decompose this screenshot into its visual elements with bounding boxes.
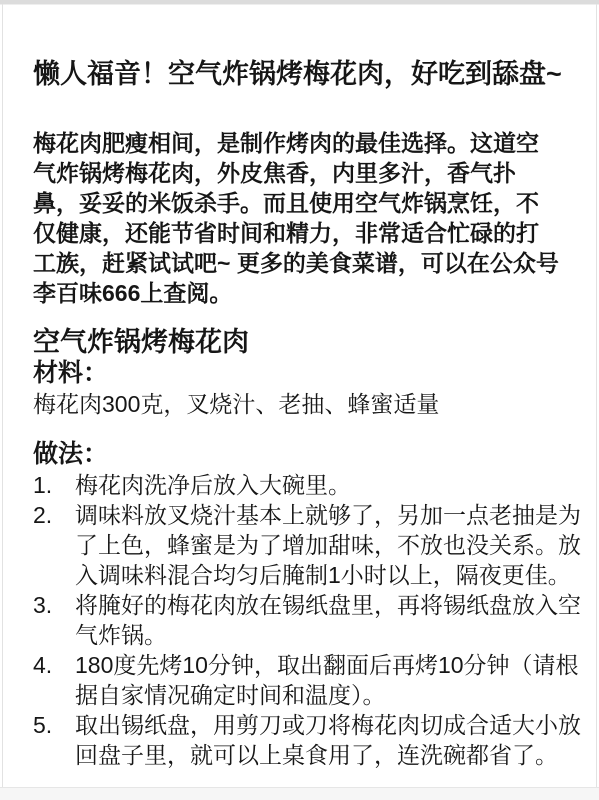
step-text: 梅花肉洗净后放入大碗里。 (75, 470, 585, 500)
step-row: 1. 梅花肉洗净后放入大碗里。 (33, 470, 585, 500)
step-number: 1. (33, 470, 75, 500)
step-row: 5. 取出锡纸盘，用剪刀或刀将梅花肉切成合适大小放回盘子里，就可以上桌食用了，连… (33, 710, 585, 770)
step-row: 4. 180度先烤10分钟，取出翻面后再烤10分钟（请根据自家情况确定时间和温度… (33, 650, 585, 710)
step-number: 3. (33, 590, 75, 620)
materials-label: 材料： (33, 358, 569, 389)
recipe-name-heading: 空气炸锅烤梅花肉 (33, 327, 569, 358)
document-title: 懒人福音！空气炸锅烤梅花肉，好吃到舔盘~ (33, 56, 569, 92)
step-number: 4. (33, 650, 75, 680)
step-row: 2. 调味料放叉烧汁基本上就够了，另加一点老抽是为了上色，蜂蜜是为了增加甜味，不… (33, 500, 585, 590)
step-number: 5. (33, 710, 75, 740)
steps-label: 做法： (33, 439, 569, 470)
step-text: 180度先烤10分钟，取出翻面后再烤10分钟（请根据自家情况确定时间和温度）。 (75, 650, 585, 710)
steps-list: 1. 梅花肉洗净后放入大碗里。 2. 调味料放叉烧汁基本上就够了，另加一点老抽是… (33, 470, 585, 770)
recipe-document: 懒人福音！空气炸锅烤梅花肉，好吃到舔盘~ 梅花肉肥瘦相间，是制作烤肉的最佳选择。… (0, 0, 599, 770)
step-text: 调味料放叉烧汁基本上就够了，另加一点老抽是为了上色，蜂蜜是为了增加甜味，不放也没… (75, 500, 585, 590)
intro-paragraph: 梅花肉肥瘦相间，是制作烤肉的最佳选择。这道空气炸锅烤梅花肉，外皮焦香，内里多汁，… (33, 128, 561, 308)
step-text: 将腌好的梅花肉放在锡纸盘里，再将锡纸盘放入空气炸锅。 (75, 590, 585, 650)
step-text: 取出锡纸盘，用剪刀或刀将梅花肉切成合适大小放回盘子里，就可以上桌食用了，连洗碗都… (75, 710, 585, 770)
ingredients-line: 梅花肉300克，叉烧汁、老抽、蜂蜜适量 (33, 389, 569, 420)
step-row: 3. 将腌好的梅花肉放在锡纸盘里，再将锡纸盘放入空气炸锅。 (33, 590, 585, 650)
page-bottom-edge (0, 787, 599, 800)
step-number: 2. (33, 500, 75, 530)
